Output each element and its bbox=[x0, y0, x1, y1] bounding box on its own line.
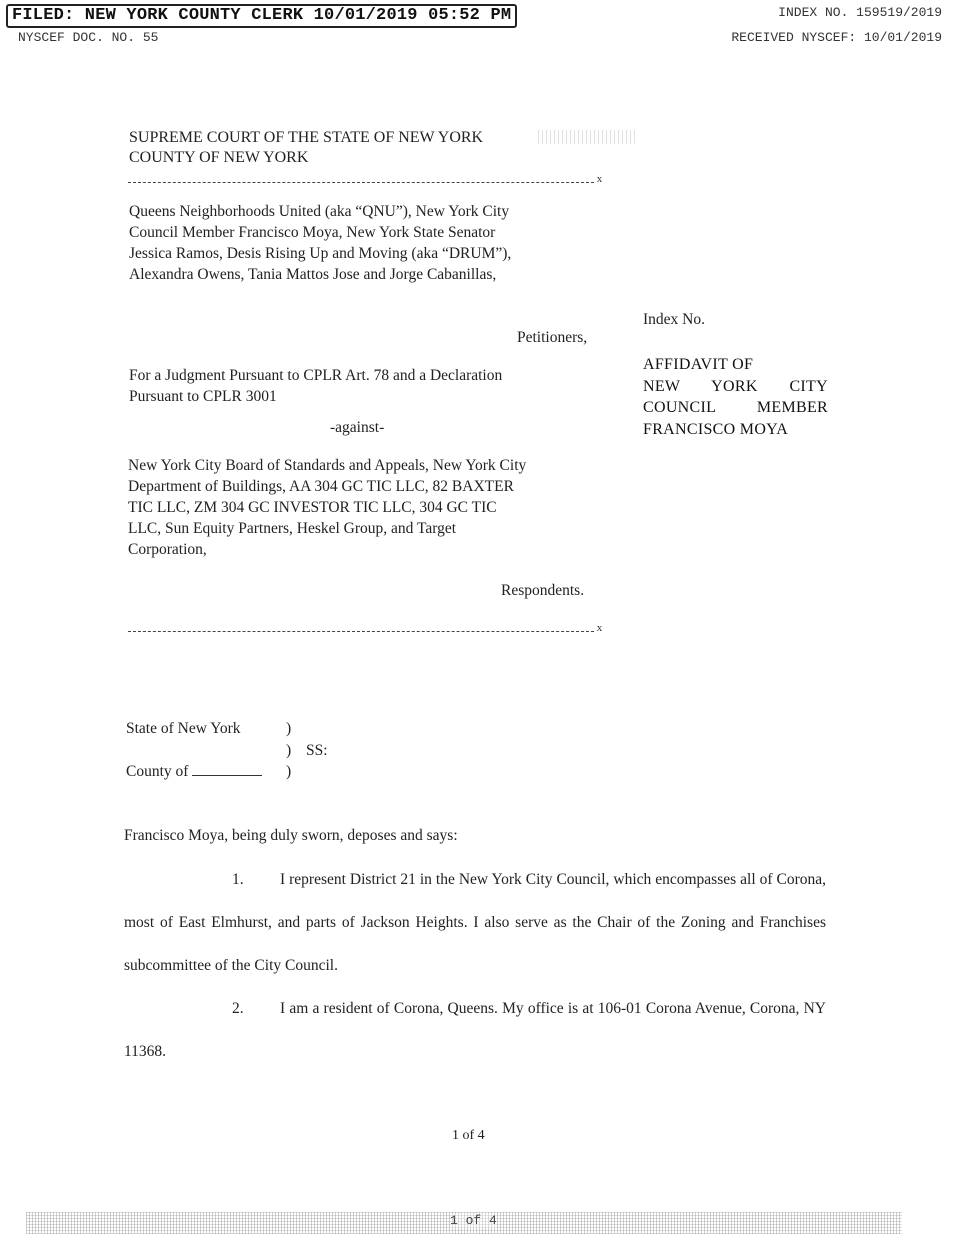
venue-county: County of bbox=[126, 763, 188, 780]
proceeding-line: For a Judgment Pursuant to CPLR Art. 78 … bbox=[129, 365, 502, 386]
venue-paren: ) bbox=[286, 718, 291, 740]
paragraph-number: 1. bbox=[232, 858, 280, 901]
title-line: FRANCISCO MOYA bbox=[643, 419, 828, 441]
document-title: AFFIDAVIT OF NEW YORK CITY COUNCIL MEMBE… bbox=[643, 354, 828, 440]
title-line: NEW YORK CITY bbox=[643, 376, 828, 398]
petitioners-label: Petitioners, bbox=[517, 327, 587, 348]
petitioners-line: Jessica Ramos, Desis Rising Up and Movin… bbox=[129, 243, 511, 264]
respondents-line: New York City Board of Standards and App… bbox=[128, 455, 526, 476]
against-label: -against- bbox=[330, 417, 384, 438]
county-blank-line bbox=[192, 761, 262, 776]
petitioners-block: Queens Neighborhoods United (aka “QNU”),… bbox=[129, 201, 511, 285]
paragraph-2: 2.I am a resident of Corona, Queens. My … bbox=[124, 987, 826, 1073]
venue-block: State of New York ) ) SS: County of ) bbox=[126, 718, 262, 783]
venue-state: State of New York bbox=[126, 720, 241, 737]
caption-divider-top: x bbox=[128, 173, 602, 185]
respondents-line: Department of Buildings, AA 304 GC TIC L… bbox=[128, 476, 526, 497]
court-line-1: SUPREME COURT OF THE STATE OF NEW YORK bbox=[129, 128, 483, 148]
footer-page-number: 1 of 4 bbox=[450, 1213, 497, 1228]
venue-paren: ) bbox=[286, 740, 291, 762]
court-name: SUPREME COURT OF THE STATE OF NEW YORK C… bbox=[129, 128, 483, 168]
index-number: INDEX NO. 159519/2019 bbox=[778, 5, 942, 20]
proceeding-line: Pursuant to CPLR 3001 bbox=[129, 386, 502, 407]
page-number: 1 of 4 bbox=[452, 1128, 485, 1144]
petitioners-line: Alexandra Owens, Tania Mattos Jose and J… bbox=[129, 264, 511, 285]
respondents-label: Respondents. bbox=[501, 580, 584, 601]
nyscef-doc-number: NYSCEF DOC. NO. 55 bbox=[18, 30, 158, 45]
paragraph-1: 1.I represent District 21 in the New Yor… bbox=[124, 858, 826, 987]
petitioners-line: Queens Neighborhoods United (aka “QNU”),… bbox=[129, 201, 511, 222]
paragraph-text: I am a resident of Corona, Queens. My of… bbox=[124, 1000, 826, 1060]
caption-divider-bottom: x bbox=[128, 622, 602, 634]
venue-paren: ) bbox=[286, 761, 291, 783]
paragraph-number: 2. bbox=[232, 987, 280, 1030]
title-line: AFFIDAVIT OF bbox=[643, 354, 828, 376]
petitioners-line: Council Member Francisco Moya, New York … bbox=[129, 222, 511, 243]
index-no-label: Index No. bbox=[643, 311, 705, 329]
title-line: COUNCIL MEMBER bbox=[643, 397, 828, 419]
court-line-2: COUNTY OF NEW YORK bbox=[129, 148, 483, 168]
respondents-line: Corporation, bbox=[128, 539, 526, 560]
scan-noise bbox=[538, 130, 638, 144]
paragraph-text: I represent District 21 in the New York … bbox=[124, 871, 826, 974]
venue-ss: SS: bbox=[306, 740, 328, 762]
respondents-line: LLC, Sun Equity Partners, Heskel Group, … bbox=[128, 518, 526, 539]
filed-stamp: FILED: NEW YORK COUNTY CLERK 10/01/2019 … bbox=[6, 4, 517, 28]
received-date: RECEIVED NYSCEF: 10/01/2019 bbox=[731, 30, 942, 45]
respondents-block: New York City Board of Standards and App… bbox=[128, 455, 526, 560]
proceeding-block: For a Judgment Pursuant to CPLR Art. 78 … bbox=[129, 365, 502, 407]
intro-statement: Francisco Moya, being duly sworn, depose… bbox=[124, 827, 458, 845]
respondents-line: TIC LLC, ZM 304 GC INVESTOR TIC LLC, 304… bbox=[128, 497, 526, 518]
